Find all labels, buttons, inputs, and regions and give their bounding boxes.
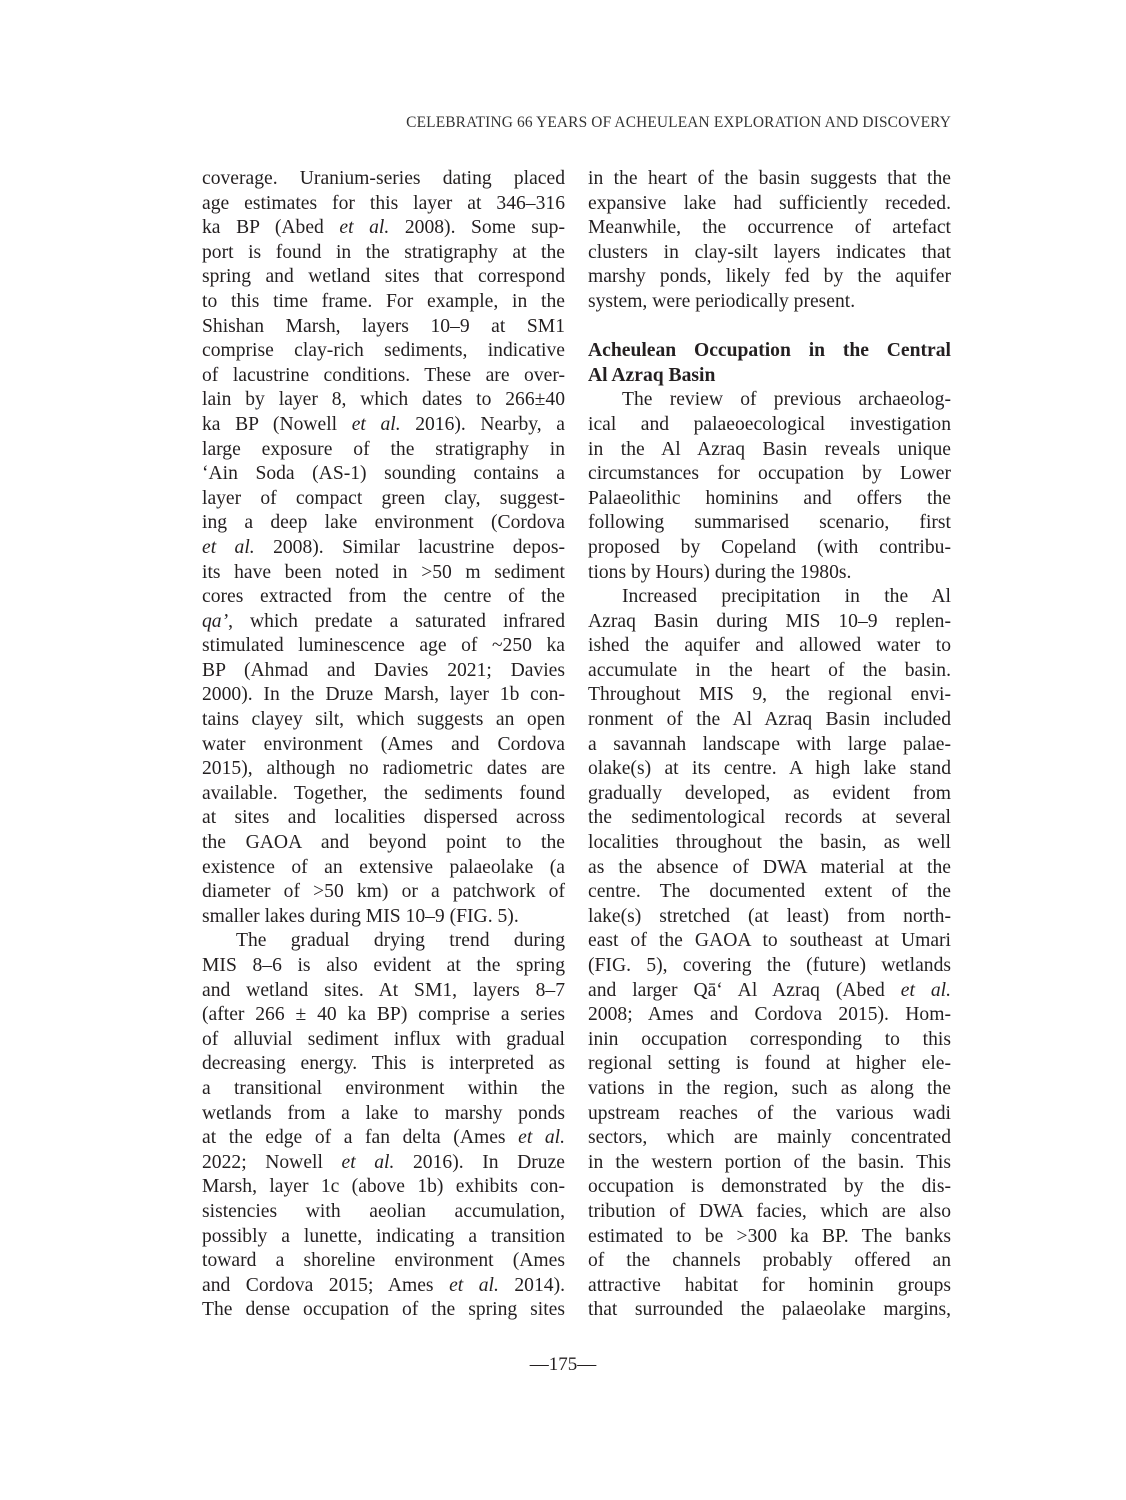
text-line: Shishan Marsh, layers 10–9 at SM1 xyxy=(202,315,565,340)
text-line: olake(s) at its centre. A high lake stan… xyxy=(588,757,951,782)
text-line: age estimates for this layer at 346–316 xyxy=(202,192,565,217)
text-line: in the western portion of the basin. Thi… xyxy=(588,1151,951,1176)
text-line: Marsh, layer 1c (above 1b) exhibits con- xyxy=(202,1175,565,1200)
text-line: east of the GAOA to southeast at Umari xyxy=(588,929,951,954)
text-line: system, were periodically present. xyxy=(588,290,951,315)
text-line: diameter of >50 km) or a patchwork of xyxy=(202,880,565,905)
text-line: circumstances for occupation by Lower xyxy=(588,462,951,487)
text-line: (FIG. 5), covering the (future) wetlands xyxy=(588,954,951,979)
text-line: decreasing energy. This is interpreted a… xyxy=(202,1052,565,1077)
text-line: Increased precipitation in the Al xyxy=(588,585,951,610)
text-line: Palaeolithic hominins and offers the xyxy=(588,487,951,512)
text-line: ka BP (Nowell et al. 2016). Nearby, a xyxy=(202,413,565,438)
intro-paragraph: in the heart of the basin suggests that … xyxy=(588,167,951,315)
text-line: sistencies with aeolian accumulation, xyxy=(202,1200,565,1225)
text-line: and Cordova 2015; Ames et al. 2014). xyxy=(202,1274,565,1299)
text-line: of lacustrine conditions. These are over… xyxy=(202,364,565,389)
text-line: as the absence of DWA material at the xyxy=(588,856,951,881)
italic-citation: et al. xyxy=(449,1275,499,1296)
text-line: tribution of DWA facies, which are also xyxy=(588,1200,951,1225)
text-line: The dense occupation of the spring sites xyxy=(202,1298,565,1323)
text-line: lain by layer 8, which dates to 266±40 xyxy=(202,388,565,413)
text-line: occupation is demonstrated by the dis- xyxy=(588,1175,951,1200)
text-line: qa’, which predate a saturated infrared xyxy=(202,610,565,635)
text-line: tions by Hours) during the 1980s. xyxy=(588,561,951,586)
text-line: large exposure of the stratigraphy in xyxy=(202,438,565,463)
italic-citation: qa’ xyxy=(202,611,228,632)
text-line: available. Together, the sediments found xyxy=(202,782,565,807)
text-line: at sites and localities dispersed across xyxy=(202,806,565,831)
text-line: port is found in the stratigraphy at the xyxy=(202,241,565,266)
text-line: sectors, which are mainly concentrated xyxy=(588,1126,951,1151)
section-heading-line-2: Al Azraq Basin xyxy=(588,364,951,389)
italic-citation: et al. xyxy=(342,1152,395,1173)
text-line: comprise clay-rich sediments, indicative xyxy=(202,339,565,364)
text-line: localities throughout the basin, as well xyxy=(588,831,951,856)
text-line: the GAOA and beyond point to the xyxy=(202,831,565,856)
text-line: to this time frame. For example, in the xyxy=(202,290,565,315)
section-heading-line-1: Acheulean Occupation in the Central xyxy=(588,339,951,364)
text-line: of alluvial sediment influx with gradual xyxy=(202,1028,565,1053)
text-line: existence of an extensive palaeolake (a xyxy=(202,856,565,881)
italic-citation: et al. xyxy=(518,1127,565,1148)
text-line: marshy ponds, likely fed by the aquifer xyxy=(588,265,951,290)
text-line: a savannah landscape with large palae- xyxy=(588,733,951,758)
text-line: (after 266 ± 40 ka BP) comprise a series xyxy=(202,1003,565,1028)
text-line: and larger Qā‘ Al Azraq (Abed et al. xyxy=(588,979,951,1004)
text-line: tains clayey silt, which suggests an ope… xyxy=(202,708,565,733)
text-line: ronment of the Al Azraq Basin included xyxy=(588,708,951,733)
text-line: expansive lake had sufficiently receded. xyxy=(588,192,951,217)
text-line: that surrounded the palaeolake margins, xyxy=(588,1298,951,1323)
text-line: 2022; Nowell et al. 2016). In Druze xyxy=(202,1151,565,1176)
text-line: proposed by Copeland (with contribu- xyxy=(588,536,951,561)
text-line: possibly a lunette, indicating a transit… xyxy=(202,1225,565,1250)
text-line: its have been noted in >50 m sediment xyxy=(202,561,565,586)
text-line: water environment (Ames and Cordova xyxy=(202,733,565,758)
text-line: a transitional environment within the xyxy=(202,1077,565,1102)
right-column: in the heart of the basin suggests that … xyxy=(588,167,951,1323)
text-line: et al. 2008). Similar lacustrine depos- xyxy=(202,536,565,561)
text-line: ka BP (Abed et al. 2008). Some sup- xyxy=(202,216,565,241)
text-line: 2015), although no radiometric dates are xyxy=(202,757,565,782)
text-line: inin occupation corresponding to this xyxy=(588,1028,951,1053)
text-line: at the edge of a fan delta (Ames et al. xyxy=(202,1126,565,1151)
text-line: ing a deep lake environment (Cordova xyxy=(202,511,565,536)
text-line: Meanwhile, the occurrence of artefact xyxy=(588,216,951,241)
section-gap xyxy=(588,315,951,340)
text-line: ‘Ain Soda (AS-1) sounding contains a xyxy=(202,462,565,487)
text-line: 2008; Ames and Cordova 2015). Hom- xyxy=(588,1003,951,1028)
italic-citation: et al. xyxy=(202,537,255,558)
text-line: of the channels probably offered an xyxy=(588,1249,951,1274)
text-line: ical and palaeoecological investigation xyxy=(588,413,951,438)
italic-citation: et al. xyxy=(352,414,401,435)
text-line: regional setting is found at higher ele- xyxy=(588,1052,951,1077)
running-head: CELEBRATING 66 YEARS OF ACHEULEAN EXPLOR… xyxy=(296,114,951,132)
text-line: toward a shoreline environment (Ames xyxy=(202,1249,565,1274)
text-line: and wetland sites. At SM1, layers 8–7 xyxy=(202,979,565,1004)
text-line: in the Al Azraq Basin reveals unique xyxy=(588,438,951,463)
text-line: wetlands from a lake to marshy ponds xyxy=(202,1102,565,1127)
text-line: smaller lakes during MIS 10–9 (FIG. 5). xyxy=(202,905,565,930)
text-line: attractive habitat for hominin groups xyxy=(588,1274,951,1299)
text-line: coverage. Uranium-series dating placed xyxy=(202,167,565,192)
page-number: —175— xyxy=(0,1354,1126,1376)
left-column: coverage. Uranium-series dating placedag… xyxy=(202,167,565,1323)
text-line: The gradual drying trend during xyxy=(202,929,565,954)
text-line: gradually developed, as evident from xyxy=(588,782,951,807)
text-line: stimulated luminescence age of ~250 ka xyxy=(202,634,565,659)
italic-citation: et al. xyxy=(901,980,951,1001)
text-line: The review of previous archaeolog- xyxy=(588,388,951,413)
text-line: layer of compact green clay, suggest- xyxy=(202,487,565,512)
text-line: Azraq Basin during MIS 10–9 replen- xyxy=(588,610,951,635)
section-body: The review of previous archaeolog-ical a… xyxy=(588,388,951,1323)
text-line: upstream reaches of the various wadi xyxy=(588,1102,951,1127)
text-line: 2000). In the Druze Marsh, layer 1b con- xyxy=(202,683,565,708)
text-line: following summarised scenario, first xyxy=(588,511,951,536)
italic-citation: et al. xyxy=(339,217,389,238)
text-line: in the heart of the basin suggests that … xyxy=(588,167,951,192)
text-line: accumulate in the heart of the basin. xyxy=(588,659,951,684)
text-line: ished the aquifer and allowed water to xyxy=(588,634,951,659)
text-line: cores extracted from the centre of the xyxy=(202,585,565,610)
text-line: estimated to be >300 ka BP. The banks xyxy=(588,1225,951,1250)
text-line: Throughout MIS 9, the regional envi- xyxy=(588,683,951,708)
text-line: lake(s) stretched (at least) from north- xyxy=(588,905,951,930)
text-line: centre. The documented extent of the xyxy=(588,880,951,905)
text-line: clusters in clay-silt layers indicates t… xyxy=(588,241,951,266)
text-line: MIS 8–6 is also evident at the spring xyxy=(202,954,565,979)
text-line: the sedimentological records at several xyxy=(588,806,951,831)
text-line: BP (Ahmad and Davies 2021; Davies xyxy=(202,659,565,684)
text-line: spring and wetland sites that correspond xyxy=(202,265,565,290)
text-line: vations in the region, such as along the xyxy=(588,1077,951,1102)
